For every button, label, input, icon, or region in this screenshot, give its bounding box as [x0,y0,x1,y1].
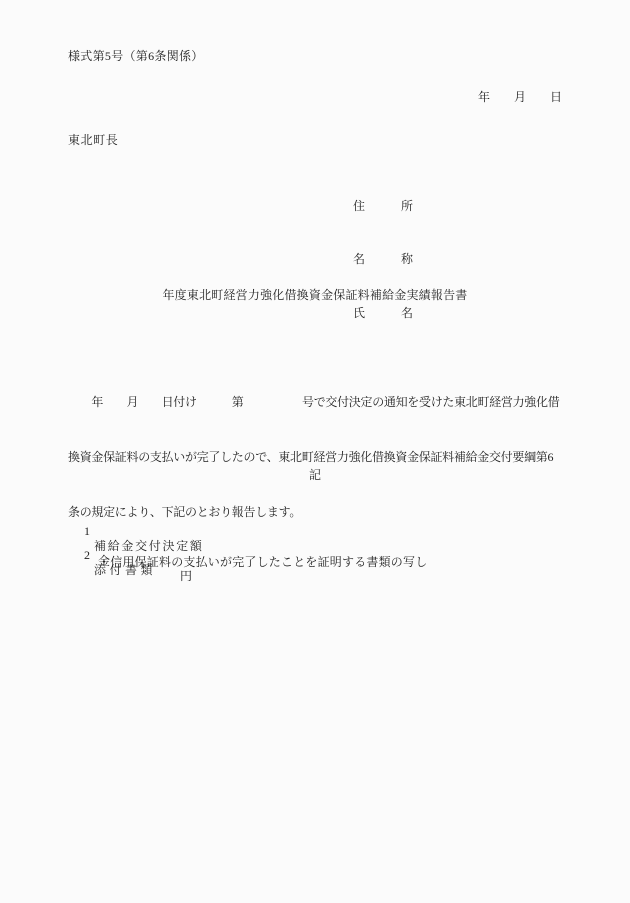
applicant-person-label: 氏 名 [353,306,413,329]
applicant-address-label: 住 所 [353,199,413,222]
form-number: 様式第5号（第6条関係） [68,49,204,64]
applicant-block: 住 所 名 称 氏 名 [353,169,413,359]
body-line-1: 年 月 日付け 第 号で交付決定の通知を受けた東北町経営力強化借 [68,395,559,420]
document-title: 年度東北町経営力強化借換資金保証料補給金実績報告書 [0,288,630,303]
amount-unit-yen: 円 [180,569,192,583]
addressee: 東北町長 [68,133,118,148]
applicant-name-label: 名 称 [353,252,413,275]
item-2-number: 2 [84,548,90,562]
document-page: 様式第5号（第6条関係） 年 月 日 東北町長 住 所 名 称 氏 名 年度東北… [0,0,630,903]
date-blank-line: 年 月 日 [478,90,562,105]
attachment-note: ・信用保証料の支払いが完了したことを証明する書類の写し [98,555,427,570]
section-marker-ki: 記 [0,468,630,483]
